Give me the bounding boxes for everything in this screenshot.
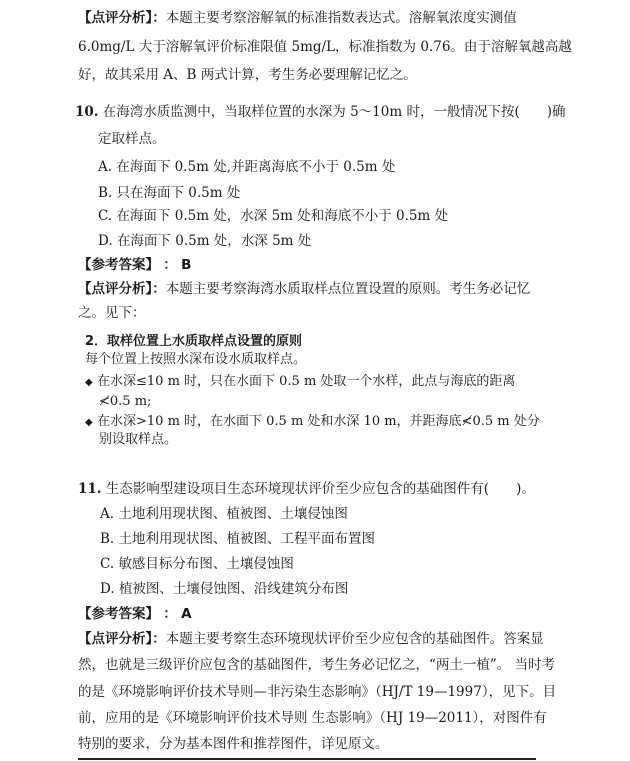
option-label: B. — [100, 531, 114, 547]
label-separator: ： — [152, 281, 166, 297]
question-11-option-b: B. 土地利用现状图、植被图、工程平面布置图 — [100, 530, 375, 548]
diamond-bullet-icon: ◆ — [85, 414, 97, 432]
question-10-option-c: C. 在海面下 0.5m 处，水深 5m 处和海底不小于 0.5m 处 — [98, 207, 448, 225]
analysis-text: 本题主要考察海湾水质取样点位置设置的原则。考生务必记忆 — [166, 281, 531, 297]
question-10-stem-cont: 定取样点。 — [98, 130, 166, 148]
question-11-analysis-line-2: 然，也就是三级评价应包含的基础图件，考生务必记忆之，“两土一植”。 当时考 — [78, 656, 555, 674]
option-text: 在海面下 0.5m 处,并距离海底不小于 0.5m 处 — [116, 159, 395, 175]
question-11-analysis-line-4: 前，应用的是《环境影响评价技术导则 生态影响》（HJ 19—2011），对图件有 — [78, 709, 547, 727]
question-11-option-a: A. 土地利用现状图、植被图、土壤侵蚀图 — [100, 505, 348, 523]
answer-value: A — [181, 606, 191, 622]
question-10-answer: 【参考答案】 ： B — [78, 256, 191, 274]
footer-divider — [78, 758, 536, 760]
analysis-label: 【点评分析】 — [78, 631, 152, 647]
analysis-label: 【点评分析】 — [78, 281, 152, 297]
analysis-label: 【点评分析】 — [78, 10, 152, 26]
label-separator: ： — [163, 606, 177, 622]
option-label: A. — [98, 159, 112, 175]
option-label: C. — [100, 556, 114, 572]
question-number: 11. — [78, 481, 102, 497]
question-10-stem: 10. 在海湾水质监测中，当取样位置的水深为 5～10m 时，一般情况下按( )… — [75, 103, 565, 121]
question-11-analysis-line-3: 的是《环境影响评价技术导则—非污染生态影响》（HJ/T 19—1997），见下。… — [78, 683, 556, 701]
option-label: C. — [98, 208, 112, 224]
label-separator: ： — [152, 631, 166, 647]
option-label: A. — [100, 506, 114, 522]
answer-label: 【参考答案】 — [78, 606, 159, 622]
option-text: 在海面下 0.5m 处，水深 5m 处和海底不小于 0.5m 处 — [116, 208, 448, 224]
option-text: 植被图、土壤侵蚀图、沿线建筑分布图 — [119, 581, 349, 597]
prev-analysis-line-2: 6.0mg/L 大于溶解氧评价标准限值 5mg/L，标准指数为 0.76。由于溶… — [78, 38, 572, 56]
option-text: 在海面下 0.5m 处，水深 5m 处 — [117, 233, 311, 249]
question-number: 10. — [75, 104, 99, 120]
question-11-analysis-line-5: 特别的要求，分为基本图件和推荐图件，详见原文。 — [78, 735, 389, 753]
option-label: D. — [100, 581, 115, 597]
question-11-option-d: D. 植被图、土壤侵蚀图、沿线建筑分布图 — [100, 580, 348, 598]
option-text: 土地利用现状图、植被图、工程平面布置图 — [119, 531, 376, 547]
analysis-text: 本题主要考察溶解氧的标准指数表达式。溶解氧浓度实测值 — [166, 10, 517, 26]
excerpt-bullet-2-cont: 别设取样点。 — [99, 431, 177, 449]
option-label: D. — [98, 233, 113, 249]
analysis-text: 本题主要考察生态环境现状评价至少应包含的基础图件。答案显 — [166, 631, 544, 647]
answer-label: 【参考答案】 — [78, 257, 159, 273]
question-stem-text: 生态影响型建设项目生态环境现状评价至少应包含的基础图件有( )。 — [106, 481, 535, 497]
question-10-option-a: A. 在海面下 0.5m 处,并距离海底不小于 0.5m 处 — [98, 158, 395, 176]
prev-analysis-line-1: 【点评分析】：本题主要考察溶解氧的标准指数表达式。溶解氧浓度实测值 — [78, 9, 517, 27]
label-separator: ： — [152, 10, 166, 26]
question-11-stem: 11. 生态影响型建设项目生态环境现状评价至少应包含的基础图件有( )。 — [78, 480, 535, 498]
diamond-bullet-icon: ◆ — [85, 374, 97, 392]
question-10-analysis-cont: 之。见下： — [78, 304, 146, 322]
question-11-answer: 【参考答案】 ： A — [78, 605, 192, 623]
question-10-analysis: 【点评分析】：本题主要考察海湾水质取样点位置设置的原则。考生务必记忆 — [78, 280, 530, 298]
question-11-analysis: 【点评分析】：本题主要考察生态环境现状评价至少应包含的基础图件。答案显 — [78, 630, 544, 648]
excerpt-bullet-2: ◆在水深>10 m 时，在水面下 0.5 m 处和水深 10 m，并距海底≮0.… — [85, 413, 540, 432]
option-text: 土地利用现状图、植被图、土壤侵蚀图 — [118, 506, 348, 522]
question-10-option-d: D. 在海面下 0.5m 处，水深 5m 处 — [98, 232, 311, 250]
option-text: 只在海面下 0.5m 处 — [117, 185, 241, 201]
option-label: B. — [98, 185, 112, 201]
question-stem-text: 在海湾水质监测中，当取样位置的水深为 5～10m 时，一般情况下按( )确 — [103, 104, 566, 120]
excerpt-bullet-1-cont: ≮0.5 m; — [99, 393, 151, 411]
excerpt-bullet-1: ◆在水深≤10 m 时，只在水面下 0.5 m 处取一个水样，此点与海底的距离 — [85, 373, 515, 392]
excerpt-heading: 2．取样位置上水质取样点设置的原则 — [85, 333, 302, 351]
label-separator: ： — [163, 257, 177, 273]
bullet-text: 在水深≤10 m 时，只在水面下 0.5 m 处取一个水样，此点与海底的距离 — [97, 374, 515, 389]
question-10-option-b: B. 只在海面下 0.5m 处 — [98, 184, 240, 202]
bullet-text: 在水深>10 m 时，在水面下 0.5 m 处和水深 10 m，并距海底≮0.5… — [97, 414, 540, 429]
question-11-option-c: C. 敏感目标分布图、土壤侵蚀图 — [100, 555, 294, 573]
option-text: 敏感目标分布图、土壤侵蚀图 — [118, 556, 294, 572]
prev-analysis-line-3: 好，故其采用 A、B 两式计算，考生务必要理解记忆之。 — [78, 66, 417, 84]
excerpt-intro: 每个位置上按照水深布设水质取样点。 — [85, 351, 306, 369]
answer-value: B — [181, 257, 191, 273]
